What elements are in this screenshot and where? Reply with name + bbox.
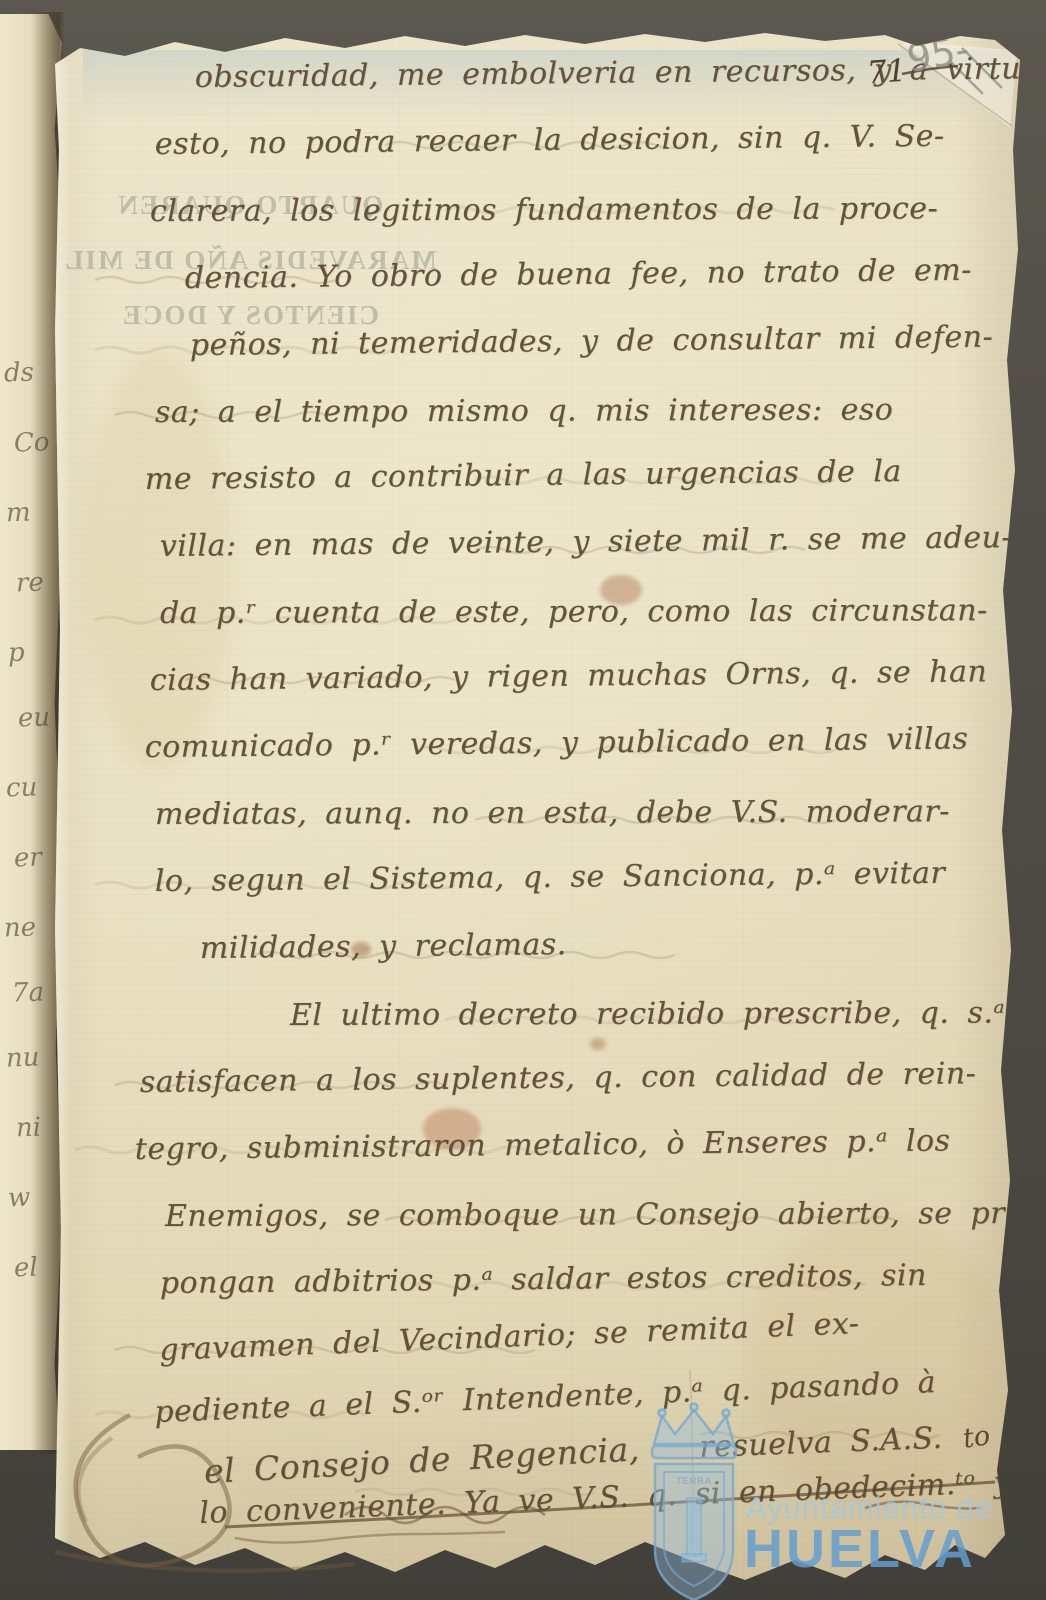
- edge-text-fragment: p: [7, 638, 25, 669]
- aging-patch: [745, 1210, 1005, 1510]
- manuscript-line: sa; a el tiempo mismo q. mis intereses: …: [155, 392, 893, 430]
- manuscript-line: cias han variado, y rigen muchas Orns, q…: [150, 654, 988, 698]
- manuscript-line: mediatas, aunq. no en esta, debe V.S. mo…: [155, 794, 950, 832]
- margin-superscript-note: to: [961, 1420, 992, 1454]
- manuscript-line: comunicado p.ʳ veredas, y publicado en l…: [145, 721, 969, 765]
- manuscript-line: me resisto a contribuir a las urgencias …: [145, 454, 902, 497]
- manuscript-line: satisfacen a los suplentes, q. con calid…: [140, 1056, 977, 1100]
- manuscript-line: Enemigos, se comboque un Consejo abierto…: [165, 1196, 1034, 1234]
- manuscript-line: da p.ʳ cuenta de este, pero, como las ci…: [160, 593, 988, 631]
- manuscript-line: milidades, y reclamas.: [200, 927, 567, 966]
- manuscript-line: El ultimo decreto recibido prescribe, q.…: [290, 996, 1005, 1033]
- ink-stain: [590, 1038, 606, 1050]
- manuscript-line: peños, ni temeridades, y de consultar mi…: [190, 320, 994, 363]
- edge-text-fragment: m: [5, 498, 31, 529]
- page-number-ink: 71: [866, 53, 908, 92]
- scanned-document: ds Co m re p eu cu er ne 7a nu ni w el Q…: [0, 0, 1046, 1600]
- manuscript-page: QUARTO QUAREN MARAVEDIS AÑO DE MIL CIENT…: [55, 30, 1020, 1582]
- manuscript-line: lo, segun el Sistema, q. se Sanciona, p.…: [155, 856, 946, 899]
- manuscript-line: dencia. Yo obro de buena fee, no trato d…: [185, 253, 972, 296]
- manuscript-line: clarera, los legitimos fundamentos de la…: [150, 191, 938, 229]
- manuscript-line: esto, no podra recaer la desicion, sin q…: [155, 119, 945, 162]
- manuscript-line: tegro, subministraron metalico, ò Ensere…: [135, 1123, 951, 1167]
- manuscript-line: villa: en mas de veinte, y siete mil r. …: [160, 520, 1013, 564]
- edge-text-fragment: w: [7, 1183, 30, 1214]
